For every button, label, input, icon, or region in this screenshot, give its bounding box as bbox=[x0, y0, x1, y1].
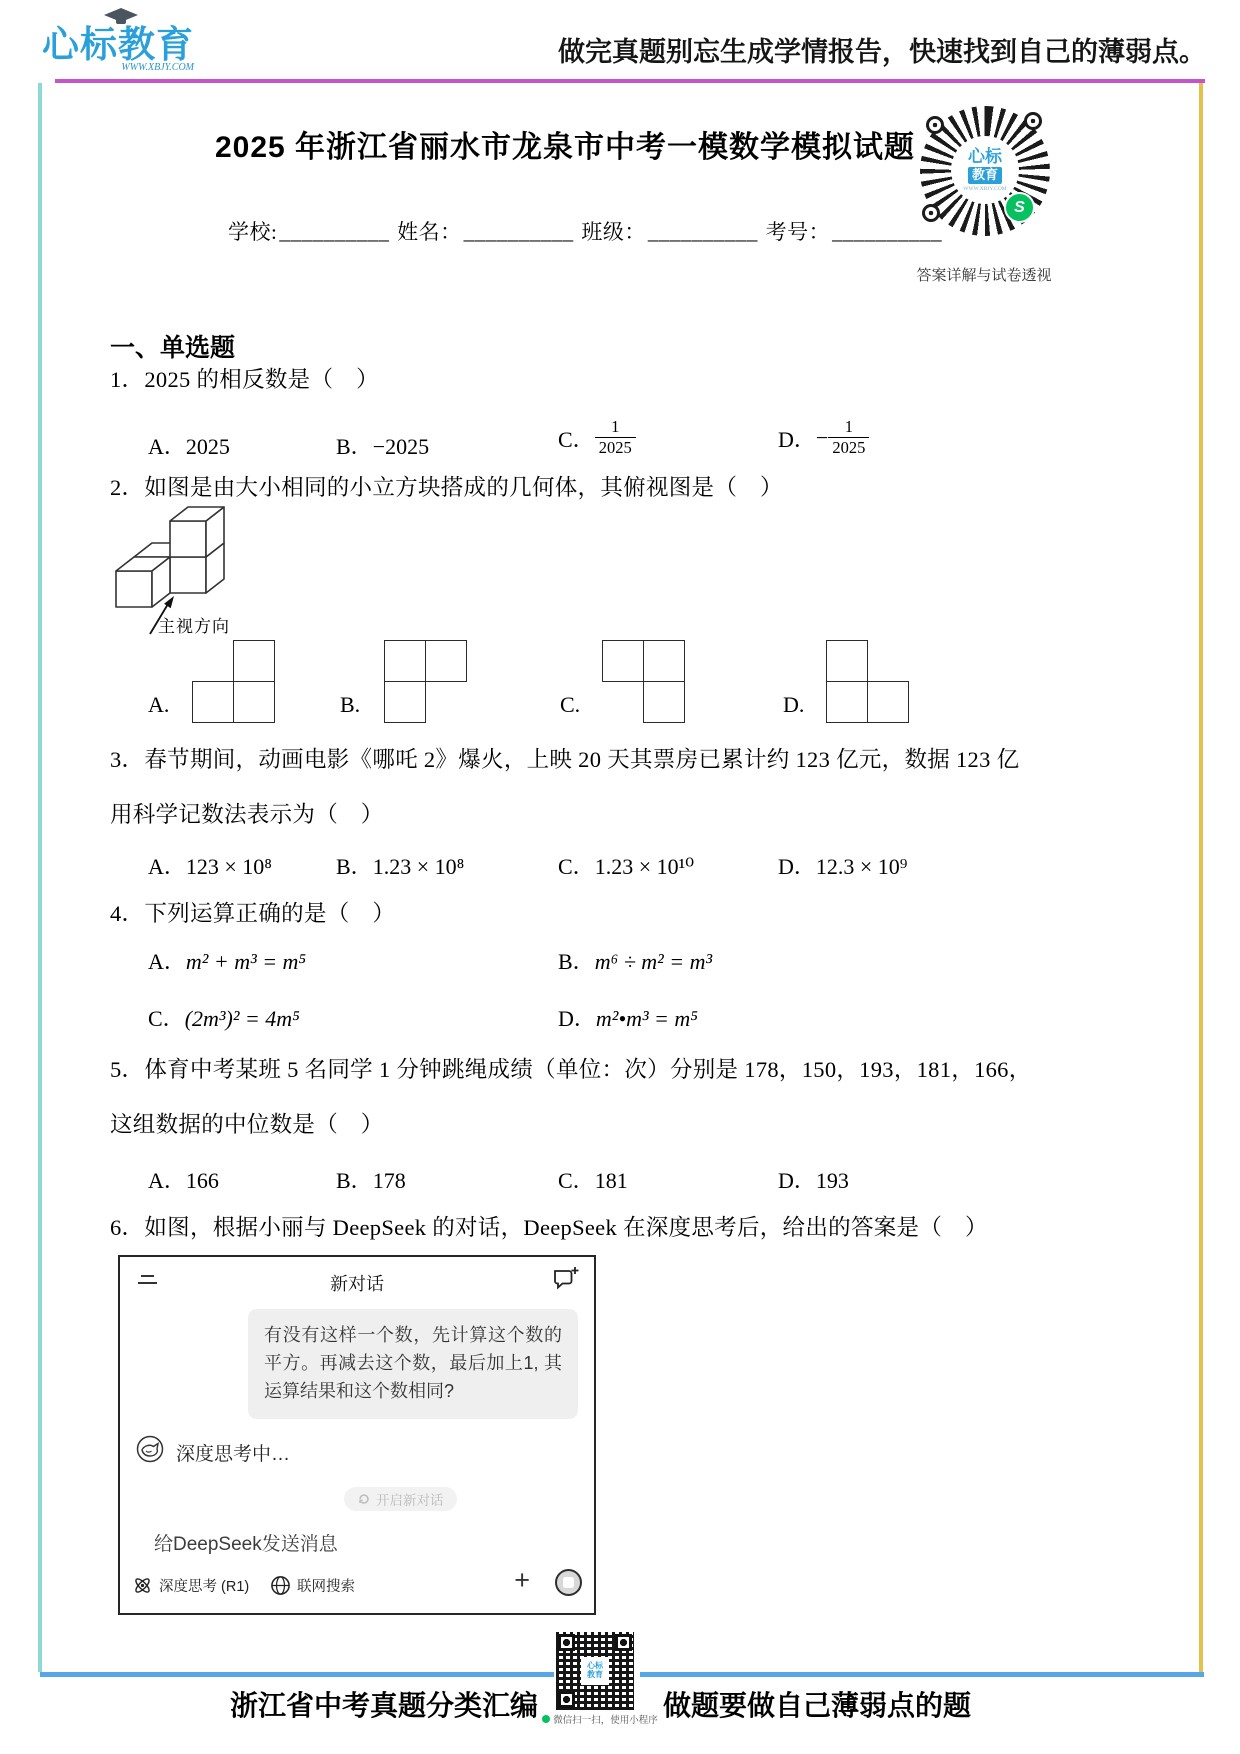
question-3-text-line2: 用科学记数法表示为（ ） bbox=[110, 797, 384, 829]
refresh-icon bbox=[357, 1492, 371, 1506]
brand-logo: 心标教育 WWW.XBJY.COM bbox=[42, 14, 194, 73]
question-6-text: 6．如图，根据小丽与 DeepSeek 的对话，DeepSeek 在深度思考后，… bbox=[110, 1210, 988, 1242]
question-3-text-line1: 3．春节期间，动画电影《哪吒 2》爆火，上映 20 天其票房已累计约 123 亿… bbox=[110, 742, 1019, 774]
field-examno-label: 考号： bbox=[766, 220, 831, 244]
q4-option-a: A．m² + m³ = m⁵ bbox=[148, 945, 306, 976]
field-name-label: 姓名： bbox=[397, 220, 462, 244]
page-border-right bbox=[1199, 83, 1203, 1672]
section-heading: 一、单选题 bbox=[110, 328, 235, 364]
q2-option-b-label: B. bbox=[340, 692, 360, 718]
graduation-cap-icon bbox=[104, 8, 138, 26]
q2-option-c-label: C. bbox=[560, 692, 580, 718]
field-class-blank: __________ bbox=[648, 220, 758, 244]
globe-icon bbox=[270, 1575, 291, 1596]
qr-center-logo: 心标 教育 WWW.XBJY.COM bbox=[951, 136, 1019, 204]
q4-option-c: C．(2m³)² = 4m⁵ bbox=[148, 1002, 300, 1033]
q4-option-b: B．m⁶ ÷ m² = m³ bbox=[558, 945, 712, 976]
field-class-label: 班级： bbox=[581, 220, 646, 244]
qr-finder-icon bbox=[615, 1634, 632, 1651]
atom-icon bbox=[132, 1575, 153, 1596]
user-message-bubble: 有没有这样一个数，先计算这个数的平方。再减去这个数，最后加上1, 其运算结果和这… bbox=[248, 1309, 578, 1419]
footer-left-text: 浙江省中考真题分类汇编 bbox=[230, 1684, 538, 1724]
q2-option-a-shape bbox=[192, 640, 278, 726]
footer-right-text: 做题要做自己薄弱点的题 bbox=[663, 1684, 971, 1724]
qr-finder-icon bbox=[558, 1634, 575, 1651]
qr-bullseye-icon bbox=[1024, 112, 1042, 130]
question-5-text-line1: 5．体育中考某班 5 名同学 1 分钟跳绳成绩（单位：次）分别是 178，150… bbox=[110, 1052, 1032, 1084]
question-5-text-line2: 这组数据的中位数是（ ） bbox=[110, 1107, 384, 1139]
qr-caption: 答案详解与试卷透视 bbox=[884, 264, 1084, 285]
qr-finder-icon bbox=[558, 1691, 575, 1708]
student-info-line: 学校:__________ 姓名：__________ 班级：_________… bbox=[228, 216, 944, 246]
web-search-toggle[interactable]: 联网搜索 bbox=[270, 1575, 355, 1596]
q5-option-c: C．181 bbox=[558, 1164, 628, 1195]
q1-option-b: B．−2025 bbox=[336, 430, 429, 461]
footer-qr-caption: 微信扫一扫，使用小程序 bbox=[505, 1712, 695, 1726]
stop-button[interactable] bbox=[555, 1569, 582, 1596]
qr-bullseye-icon bbox=[922, 204, 940, 222]
q3-option-a: A．123 × 10⁸ bbox=[148, 850, 272, 881]
q5-option-a: A．166 bbox=[148, 1164, 219, 1195]
q4-option-d: D．m²•m³ = m⁵ bbox=[558, 1002, 698, 1033]
stop-icon bbox=[563, 1577, 574, 1588]
attach-button[interactable]: + bbox=[514, 1565, 530, 1596]
header-divider bbox=[55, 79, 1205, 83]
field-name-blank: __________ bbox=[464, 220, 574, 244]
page-title: 2025 年浙江省丽水市龙泉市中考一模数学模拟试题 bbox=[140, 122, 990, 166]
fraction: 12025 bbox=[595, 418, 636, 459]
qr-center-logo: 心标教育 bbox=[581, 1657, 609, 1685]
deepthink-toggle[interactable]: 深度思考 (R1) bbox=[132, 1575, 249, 1596]
exam-page: 心标教育 WWW.XBJY.COM 做完真题别忘生成学情报告，快速找到自己的薄弱… bbox=[0, 0, 1240, 1754]
q1-option-d: D．− 12025 bbox=[778, 418, 869, 459]
figure-caption: 主视方向 bbox=[158, 612, 230, 637]
q5-option-b: B．178 bbox=[336, 1164, 406, 1195]
wechat-miniprogram-icon: S bbox=[1004, 192, 1035, 223]
q2-option-c-shape bbox=[602, 640, 688, 726]
q5-option-d: D．193 bbox=[778, 1164, 849, 1195]
new-chat-icon[interactable] bbox=[552, 1265, 580, 1291]
q2-option-a-label: A. bbox=[148, 692, 169, 718]
chat-title: 新对话 bbox=[120, 1270, 594, 1296]
q2-option-d-label: D. bbox=[783, 692, 804, 718]
footer-qr-code: 心标教育 bbox=[554, 1630, 640, 1716]
page-border-left bbox=[38, 83, 42, 1672]
question-4-text: 4．下列运算正确的是（ ） bbox=[110, 896, 395, 928]
question-1-text: 1．2025 的相反数是（ ） bbox=[110, 362, 379, 394]
answer-qr-code: 心标 教育 WWW.XBJY.COM S bbox=[920, 106, 1050, 236]
thinking-status: 深度思考中… bbox=[176, 1439, 290, 1466]
field-school-blank: __________ bbox=[279, 220, 389, 244]
fraction: 12025 bbox=[828, 418, 869, 459]
wechat-dot-icon bbox=[542, 1715, 550, 1723]
deepseek-chat-window: 新对话 有没有这样一个数，先计算这个数的平方。再减去这个数，最后加上1, 其运算… bbox=[118, 1255, 596, 1615]
q2-option-d-shape bbox=[826, 640, 912, 726]
field-school-label: 学校: bbox=[228, 220, 277, 244]
q2-option-b-shape bbox=[384, 640, 470, 726]
new-conversation-button[interactable]: 开启新对话 bbox=[344, 1487, 457, 1511]
q3-option-c: C．1.23 × 10¹⁰ bbox=[558, 850, 694, 881]
q3-option-d: D．12.3 × 10⁹ bbox=[778, 850, 907, 881]
q3-option-b: B．1.23 × 10⁸ bbox=[336, 850, 464, 881]
q1-option-a: A．2025 bbox=[148, 430, 230, 461]
qr-bullseye-icon bbox=[926, 116, 944, 134]
header-slogan: 做完真题别忘生成学情报告，快速找到自己的薄弱点。 bbox=[430, 30, 1206, 69]
message-input[interactable]: 给DeepSeek发送消息 bbox=[154, 1529, 338, 1556]
q1-option-c: C． 12025 bbox=[558, 418, 636, 459]
deepseek-whale-icon bbox=[136, 1435, 164, 1463]
field-examno-blank: __________ bbox=[832, 220, 942, 244]
